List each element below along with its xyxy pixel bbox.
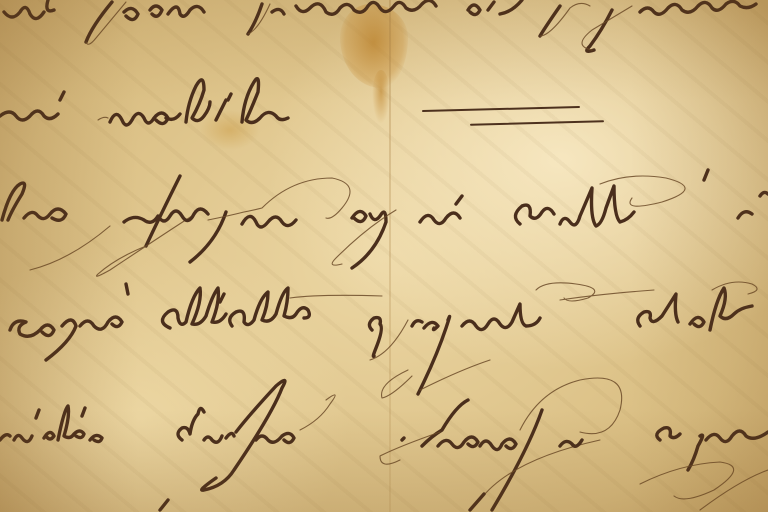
- manuscript-photo: …ali goda procedere al pagam… …ne mobile…: [0, 0, 768, 512]
- handwriting-strokes: [0, 0, 768, 512]
